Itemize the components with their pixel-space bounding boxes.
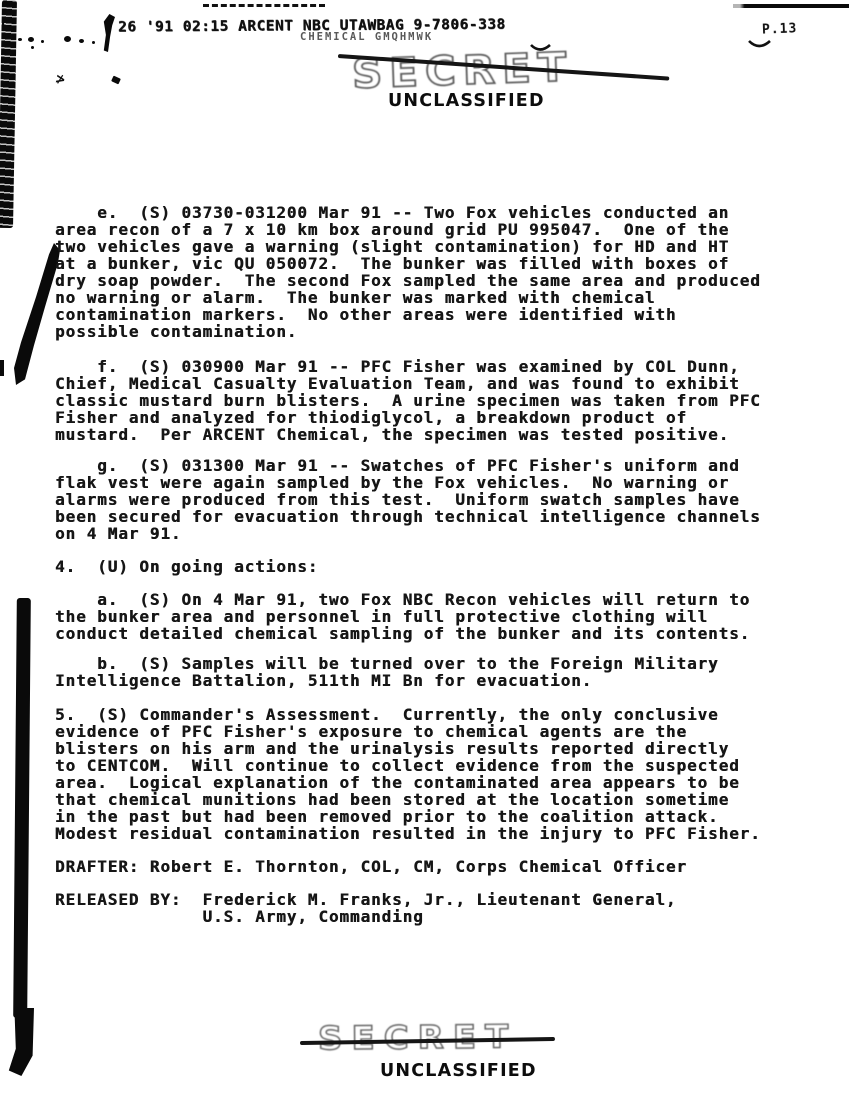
scan-artifact-glyph: ≯ [54,69,67,88]
paragraph-4a-return-to-bunker: a. (S) On 4 Mar 91, two Fox NBC Recon ve… [55,591,837,642]
scan-artifact-ink-mark [101,14,115,52]
unclassified-marking-top: UNCLASSIFIED [388,91,545,111]
scan-artifact-ink-streak [0,0,17,228]
scan-artifact-ink-tail [6,1008,34,1076]
fax-page-number: P.13 [762,21,798,37]
paragraph-e-fox-recon: e. (S) 03730-031200 Mar 91 -- Two Fox ve… [55,204,837,340]
scan-artifact-ink-blob [10,243,60,385]
scan-artifact-dashed-line [203,4,325,7]
scan-artifact-tick [2,20,4,31]
fax-header-ghost-line: CHEMICAL GMQHMWK [300,31,433,43]
scan-artifact-top-line [733,4,849,8]
scan-speck [31,46,34,49]
paragraph-g-uniform-swatches: g. (S) 031300 Mar 91 -- Swatches of PFC … [55,457,837,542]
scan-speck [79,39,84,43]
drafter-line: DRAFTER: Robert E. Thornton, COL, CM, Co… [55,858,837,875]
scan-speck [18,38,22,41]
section-4-ongoing-actions: 4. (U) On going actions: [55,558,837,575]
section-5-commanders-assessment: 5. (S) Commander's Assessment. Currently… [55,706,837,842]
paragraph-f-medical-exam: f. (S) 030900 Mar 91 -- PFC Fisher was e… [55,358,837,443]
scan-speck [92,41,95,44]
paragraph-4b-samples-transfer: b. (S) Samples will be turned over to th… [55,655,837,689]
scan-artifact-swoosh [748,38,772,51]
scan-speck [28,37,34,42]
scan-speck [64,36,71,42]
scan-artifact-tick [0,360,4,376]
scan-artifact-ink-bar [13,598,31,1018]
scan-speck [41,40,44,43]
scan-speck [111,76,121,85]
unclassified-marking-bottom: UNCLASSIFIED [380,1061,537,1081]
document-page: ≯ 26 '91 02:15 ARCENT NBC UTAWBAG 9-7806… [0,0,850,1103]
released-by-line: RELEASED BY: Frederick M. Franks, Jr., L… [55,891,837,925]
